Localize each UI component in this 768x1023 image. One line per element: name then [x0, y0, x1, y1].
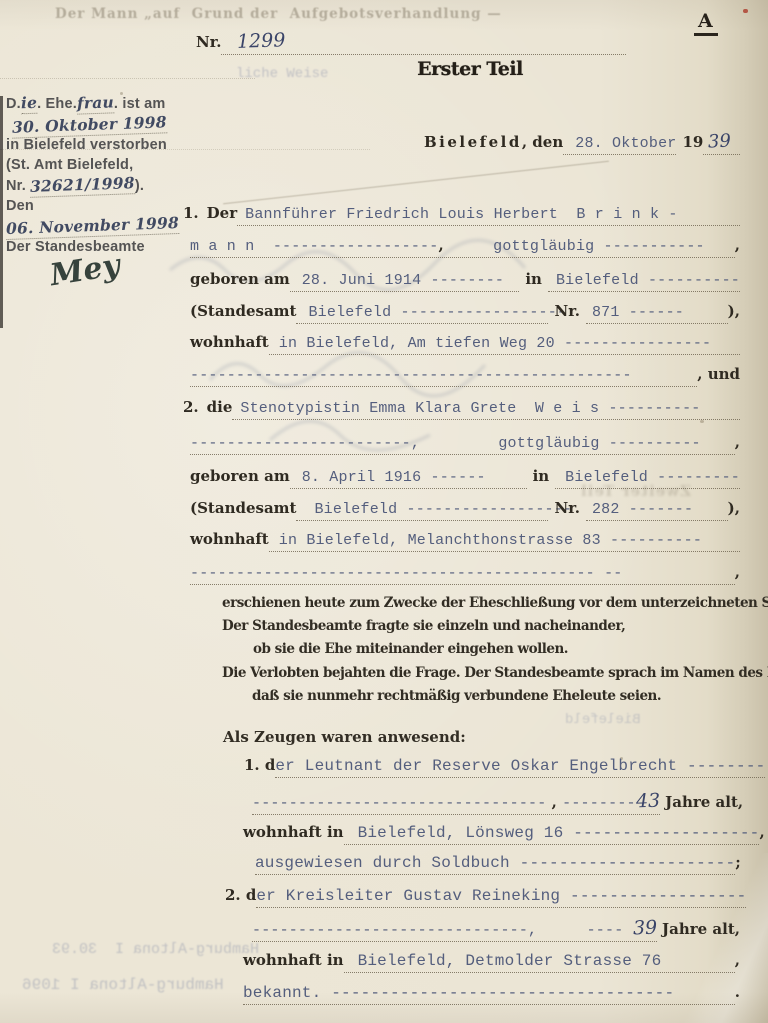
age-label: Jahre alt, — [657, 920, 740, 938]
born-label: geboren am — [190, 467, 290, 485]
register-number-row: Nr. 1299 — [196, 30, 626, 55]
bride-line-1: 2. die Stenotypistin Emma Klara Grete W … — [183, 398, 740, 420]
resident-label: wohnhaft in — [243, 823, 344, 841]
ghost-bleedthrough-top: Der Mann „auf Grund der Aufgebotsverhand… — [55, 6, 735, 22]
dashes: -------- — [562, 795, 636, 812]
form-section-letter: A — [694, 10, 718, 36]
witness2-age: 39 — [632, 917, 657, 940]
period: . — [735, 983, 740, 1001]
dashes: ---- — [587, 922, 633, 939]
close-paren: ), — [728, 499, 740, 517]
ceremony-text-line: Der Standesbeamte fragte sie einzeln und… — [222, 618, 625, 634]
bride-religion: gottgläubig ---------- — [498, 435, 700, 452]
bride-name2: ------------------------, — [190, 435, 420, 452]
bride-line-4: (Standesamt Bielefeld ------------------… — [190, 498, 740, 521]
witness2-dash-blank: ------------------------------,---- 39 — [252, 917, 657, 942]
groom-birthdate: 28. Juni 1914 -------- — [302, 272, 504, 289]
death-annotation-stamp: D.ie. Ehe.frau. ist am 30. Oktober 1998 … — [6, 93, 196, 287]
groom-name2: m a n n ------------------ — [190, 238, 438, 255]
paper-crease-line — [223, 161, 609, 205]
bride-birthplace-blank: Bielefeld --------- — [555, 469, 740, 489]
ghost-dotted-rule — [0, 78, 255, 79]
groom-birthplace-blank: Bielefeld ---------- — [548, 272, 740, 292]
stamp-text: D. — [6, 96, 21, 112]
bride-line-6: ----------------------------------------… — [190, 563, 740, 585]
bride-address: in Bielefeld, Melanchthonstrasse 83 ----… — [279, 532, 702, 549]
resident-label: wohnhaft — [190, 333, 269, 351]
bride-registry-blank: Bielefeld ------------------ — [296, 498, 548, 521]
witness2-line-4: bekannt. -------------------------------… — [243, 983, 740, 1005]
bride-item-marker: 2. — [183, 398, 199, 416]
comma: , — [735, 563, 740, 581]
witness2-marker: 2. d — [225, 886, 256, 904]
witness2-known: bekannt. -------------------------------… — [243, 984, 674, 1002]
witness1-marker: 1. d — [244, 756, 275, 774]
witness2-name: er Kreisleiter Gustav Reineking --------… — [256, 887, 746, 905]
groom-registry-nr-blank: 871 ------ — [586, 304, 728, 324]
witness2-line-3: wohnhaft in Bielefeld, Detmolder Strasse… — [243, 951, 740, 973]
year-blank: 39 — [703, 131, 740, 155]
groom-birthplace: Bielefeld ---------- — [556, 272, 740, 289]
register-number-blank: 1299 — [221, 30, 626, 55]
registrar-signature: Mey — [49, 256, 122, 286]
comma: , — [735, 951, 740, 969]
groom-registry-nr: 871 ------ — [592, 304, 684, 321]
bride-line-5: wohnhaft in Bielefeld, Melanchthonstrass… — [190, 530, 740, 552]
dashes: ------------------------------, — [252, 922, 537, 939]
comma: , — [759, 823, 764, 841]
bride-address-blank: in Bielefeld, Melanchthonstrasse 83 ----… — [269, 532, 740, 552]
groom-article: Der — [207, 204, 237, 222]
bride-name: Stenotypistin Emma Klara Grete W e i s -… — [240, 400, 700, 417]
bride-registry-nr: 282 ------- — [592, 501, 693, 518]
groom-item-marker: 1. — [183, 204, 199, 222]
stamp-text: ). — [135, 178, 144, 194]
ghost-bleedthrough-bottom1: Hamburg-Altona I 30.93 — [52, 941, 259, 958]
und-label: , und — [697, 365, 740, 383]
year-value: 39 — [708, 130, 732, 152]
dashes: -------------------------------- — [252, 795, 546, 812]
resident-label: wohnhaft — [190, 530, 269, 548]
witness1-name: er Leutnant der Reserve Oskar Engelbrech… — [275, 757, 765, 775]
comma: , — [438, 236, 448, 254]
ceremony-text-line: Die Verlobten bejahten die Frage. Der St… — [222, 665, 768, 681]
groom-line-5: wohnhaft in Bielefeld, Am tiefen Weg 20 … — [190, 333, 740, 355]
witness1-identification: ausgewiesen durch Soldbuch -------------… — [255, 854, 735, 872]
nr-label: Nr. — [554, 302, 579, 320]
groom-address: in Bielefeld, Am tiefen Weg 20 ---------… — [279, 335, 711, 352]
bride-article: die — [207, 398, 233, 416]
born-label: geboren am — [190, 270, 290, 288]
bride-cont-blank: ----------------------------------------… — [190, 565, 735, 585]
bride-name2-blank: ------------------------,gottgläubig ---… — [190, 435, 735, 455]
ghost-bleedthrough-weise: liche Weise — [236, 66, 328, 82]
stamp-text: Den — [6, 198, 34, 214]
groom-line-1: 1. Der Bannführer Friedrich Louis Herber… — [183, 204, 740, 226]
stamp-text: . Ehe. — [37, 96, 77, 112]
comma: , — [735, 433, 740, 451]
witness2-address: Bielefeld, Detmolder Strasse 76 — [358, 952, 662, 970]
bride-registry-office: Bielefeld ------------------ — [314, 501, 572, 518]
scan-edge-line — [0, 96, 3, 328]
groom-religion: gottgläubig ----------- — [493, 238, 705, 255]
groom-line-4: (Standesamt Bielefeld ------------------… — [190, 301, 740, 324]
witness1-id-blank: ausgewiesen durch Soldbuch -------------… — [255, 854, 735, 875]
ghost-bleedthrough-bottom2: Hamburg-Altona I 1096 — [22, 976, 224, 994]
bride-name-blank: Stenotypistin Emma Klara Grete W e i s -… — [232, 400, 740, 420]
groom-cont-blank: ----------------------------------------… — [190, 367, 697, 387]
bride-birthplace: Bielefeld --------- — [565, 469, 740, 486]
groom-name: Bannführer Friedrich Louis Herbert B r i… — [245, 206, 677, 223]
groom-cont-dashes: ----------------------------------------… — [190, 367, 632, 384]
witness2-line-1: 2. d er Kreisleiter Gustav Reineking ---… — [225, 886, 740, 908]
death-date-handwritten: 30. Oktober 1998 — [12, 112, 167, 138]
place-label: Bielefeld — [424, 133, 522, 151]
red-ink-speck — [743, 9, 748, 13]
comma: , — [735, 236, 740, 254]
annotation-date-handwritten: 06. November 1998 — [6, 213, 180, 240]
registry-office-label: (Standesamt — [190, 302, 296, 320]
stamp-line-6: Den 06. November 1998 — [6, 197, 196, 238]
ceremony-text-line: ob sie die Ehe miteinander eingehen woll… — [253, 641, 568, 657]
bride-birthdate-blank: 8. April 1916 ------ — [290, 466, 527, 489]
date-blank: 28. Oktober — [563, 135, 676, 155]
year-prefix: 19 — [682, 133, 703, 151]
stamp-line-2: 30. Oktober 1998 — [6, 115, 196, 137]
witness1-line-2: -------------------------------- , -----… — [252, 790, 740, 815]
groom-registry-office: Bielefeld ------------------ — [308, 304, 566, 321]
paper-speck — [700, 420, 704, 423]
groom-line-6: ----------------------------------------… — [190, 365, 740, 387]
nr-label: Nr. — [554, 499, 579, 517]
in-label: in — [525, 270, 542, 288]
bride-line-2: ------------------------,gottgläubig ---… — [190, 433, 740, 455]
stamp-text: Nr. — [6, 178, 30, 194]
registry-office-label: (Standesamt — [190, 499, 296, 517]
semicolon: ; — [735, 853, 741, 871]
witness2-name-blank: er Kreisleiter Gustav Reineking --------… — [256, 887, 746, 908]
witness2-known-blank: bekannt. -------------------------------… — [243, 984, 735, 1005]
bride-line-3: geboren am 8. April 1916 ------ in Biele… — [190, 466, 740, 489]
page-title: Erster Teil — [400, 58, 540, 80]
stamp-line-3: in Bielefeld verstorben — [6, 136, 196, 156]
groom-registry-blank: Bielefeld ------------------ — [296, 301, 548, 324]
witness2-line-2: ------------------------------,---- 39 J… — [252, 917, 740, 942]
marriage-register-page: Der Mann „auf Grund der Aufgebotsverhand… — [0, 0, 768, 1023]
stamp-handwritten-insert: frau — [77, 92, 115, 114]
witness1-age: 43 — [635, 790, 660, 813]
register-number-label: Nr. — [196, 33, 221, 51]
stamp-line-5: Nr. 32621/1998). — [6, 175, 196, 197]
stamp-text: . ist am — [114, 96, 166, 112]
stamp-line-1: D.ie. Ehe.frau. ist am — [6, 93, 196, 115]
groom-name-blank: Bannführer Friedrich Louis Herbert B r i… — [237, 206, 740, 226]
date-value: 28. Oktober — [575, 135, 676, 152]
witness1-line-3: wohnhaft in Bielefeld, Lönsweg 16 ------… — [243, 823, 740, 845]
bride-registry-nr-blank: 282 ------- — [586, 501, 728, 521]
ceremony-text-line: daß sie nunmehr rechtmäßig verbundene Eh… — [252, 688, 661, 704]
witness1-name-blank: er Leutnant der Reserve Oskar Engelbrech… — [275, 757, 765, 778]
age-label: Jahre alt, — [660, 793, 743, 811]
in-label: in — [533, 467, 550, 485]
groom-name2-blank: m a n n ------------------, gottgläubig … — [190, 236, 735, 258]
witness1-dash-blank: -------------------------------- , -----… — [252, 790, 660, 815]
place-date-row: Bielefeld , den 28. Oktober 19 39 — [424, 131, 740, 155]
witness2-address-blank: Bielefeld, Detmolder Strasse 76 — [344, 952, 735, 973]
bride-birthdate: 8. April 1916 ------ — [302, 469, 486, 486]
stamp-handwritten-insert: ie — [21, 93, 38, 114]
bride-cont-dashes: ----------------------------------------… — [190, 565, 622, 582]
groom-birthdate-blank: 28. Juni 1914 -------- — [290, 269, 520, 292]
ghost-bleedthrough-right: Bielefeld — [565, 712, 641, 728]
register-number-value: 1299 — [237, 29, 286, 53]
witness1-address: Bielefeld, Lönsweg 16 ------------------… — [358, 824, 760, 842]
close-paren: ), — [728, 302, 740, 320]
comma: , — [546, 793, 562, 811]
groom-address-blank: in Bielefeld, Am tiefen Weg 20 ---------… — [269, 335, 740, 355]
witness1-line-4: ausgewiesen durch Soldbuch -------------… — [255, 853, 740, 875]
witness1-address-blank: Bielefeld, Lönsweg 16 ------------------… — [344, 824, 760, 845]
witnesses-intro: Als Zeugen waren anwesend: — [223, 728, 466, 746]
den-label: , den — [522, 133, 563, 151]
ceremony-text-line: erschienen heute zum Zwecke der Eheschli… — [222, 595, 768, 611]
resident-label: wohnhaft in — [243, 951, 344, 969]
witness1-line-1: 1. d er Leutnant der Reserve Oskar Engel… — [244, 756, 740, 778]
stamp-line-4: (St. Amt Bielefeld, — [6, 156, 196, 176]
groom-line-3: geboren am 28. Juni 1914 -------- in Bie… — [190, 269, 740, 292]
groom-line-2: m a n n ------------------, gottgläubig … — [190, 236, 740, 258]
death-register-number-handwritten: 32621/1998 — [30, 173, 135, 197]
